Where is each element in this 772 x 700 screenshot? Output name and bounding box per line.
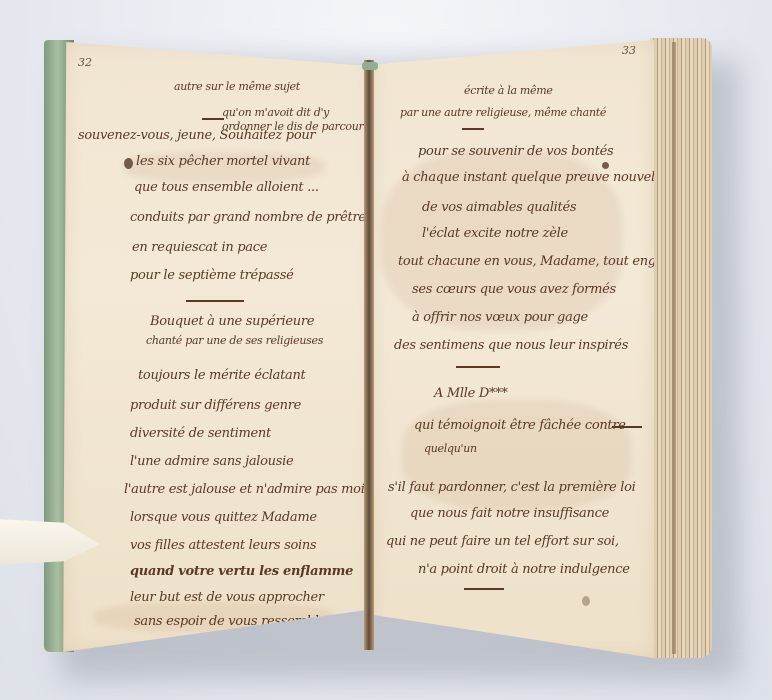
ink-blot xyxy=(124,158,133,169)
text-line: produit sur différens genre xyxy=(130,398,301,413)
text-line: quand votre vertu les enflamme xyxy=(130,564,353,579)
end-rule xyxy=(464,588,504,590)
section-subheading: par une autre religieuse, même chanté xyxy=(400,106,606,119)
text-line: lorsque vous quittez Madame xyxy=(130,510,317,525)
page-number: 33 xyxy=(622,44,636,57)
fore-edge-gap xyxy=(672,42,676,654)
left-page: 32 autre sur le même sujet qu'on m'avoit… xyxy=(60,42,372,652)
text-line: s'il faut pardonner, c'est la première l… xyxy=(388,480,636,495)
text-line: l'une admire sans jalousie xyxy=(130,454,293,469)
page-number: 32 xyxy=(78,56,92,69)
text-line: l'autre est jalouse et n'admire pas moin… xyxy=(124,482,379,497)
text-line: qu'on m'avoit dit d'y xyxy=(222,106,329,119)
dash-rule xyxy=(612,426,642,428)
text-line: qui témoignoit être fâchée contre xyxy=(414,418,626,433)
right-page: 33 écrite à la même par une autre religi… xyxy=(372,40,654,658)
text-line: n'a point droit à notre indulgence xyxy=(418,562,630,577)
spine-tip xyxy=(362,62,378,70)
book-gutter xyxy=(364,60,374,650)
text-line: toujours le mérite éclatant xyxy=(138,368,305,383)
section-rule xyxy=(186,300,244,302)
text-line: autre sur le même sujet xyxy=(174,80,300,93)
text-line: souvenez-vous, jeune, Souhaitez pour xyxy=(78,128,315,143)
dash-rule xyxy=(202,118,224,120)
text-line: que tous ensemble alloient ... xyxy=(134,180,319,195)
section-rule xyxy=(456,366,500,368)
text-line: pour le septième trépassé xyxy=(130,268,294,283)
text-line: des sentimens que nous leur inspirés xyxy=(394,338,628,353)
text-line: en requiescat in pace xyxy=(132,240,267,255)
text-line: à offrir nos vœux pour gage xyxy=(412,310,588,325)
text-line: ses cœurs que vous avez formés xyxy=(412,282,616,297)
text-line: pour se souvenir de vos bontés xyxy=(418,144,613,159)
text-line: qui ne peut faire un tel effort sur soi, xyxy=(386,534,619,549)
text-line: à chaque instant quelque preuve nouvelle xyxy=(402,170,666,185)
stain-spot xyxy=(582,596,590,606)
text-line: les six pêcher mortel vivant xyxy=(136,154,310,169)
section-heading: A Mlle D*** xyxy=(434,386,508,401)
text-line: quelqu'un xyxy=(424,442,477,455)
page-fore-edge xyxy=(650,38,712,658)
text-line: que nous fait notre insuffisance xyxy=(410,506,609,521)
text-line: conduits par grand nombre de prêtres xyxy=(130,210,372,225)
text-line: de vos aimables qualités xyxy=(422,200,576,215)
text-line: leur but est de vous approcher xyxy=(130,590,324,605)
section-heading: écrite à la même xyxy=(464,84,553,97)
section-subheading: chanté par une de ses religieuses xyxy=(146,334,323,347)
text-line: l'éclat excite notre zèle xyxy=(422,226,568,241)
text-line: tout chacune en vous, Madame, tout engag… xyxy=(398,254,679,269)
section-heading: Bouquet à une supérieure xyxy=(150,314,314,329)
text-line: diversité de sentiment xyxy=(130,426,271,441)
ink-blot xyxy=(602,162,609,169)
text-line: vos filles attestent leurs soins xyxy=(130,538,316,553)
dash-rule xyxy=(462,128,484,130)
